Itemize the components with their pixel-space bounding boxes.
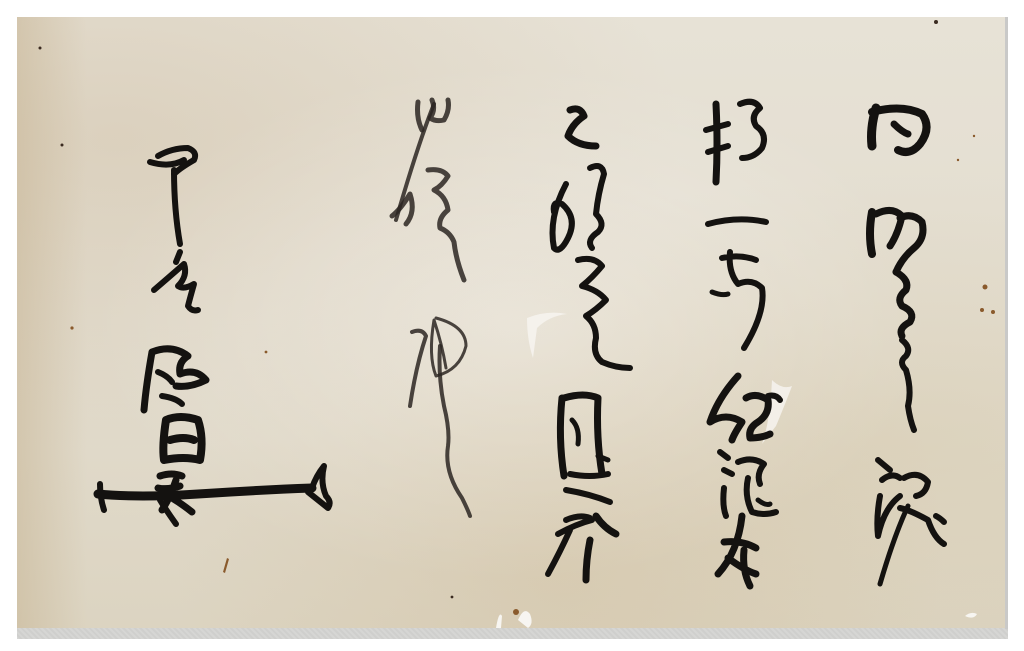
signature-name: [144, 148, 206, 512]
calligraphy-ink: [0, 0, 1024, 651]
calligraphy-column-1: [870, 108, 944, 584]
signature-kao: [98, 466, 330, 524]
calligraphy-column-2: [706, 102, 780, 586]
paper-specks: [39, 20, 996, 615]
calligraphy-column-4: [392, 100, 470, 516]
image-background: 内々之様 子細一段御沙汰 之様无之間尓 此様御申候 平信長: [0, 0, 1024, 651]
calligraphy-column-3: [548, 109, 630, 580]
